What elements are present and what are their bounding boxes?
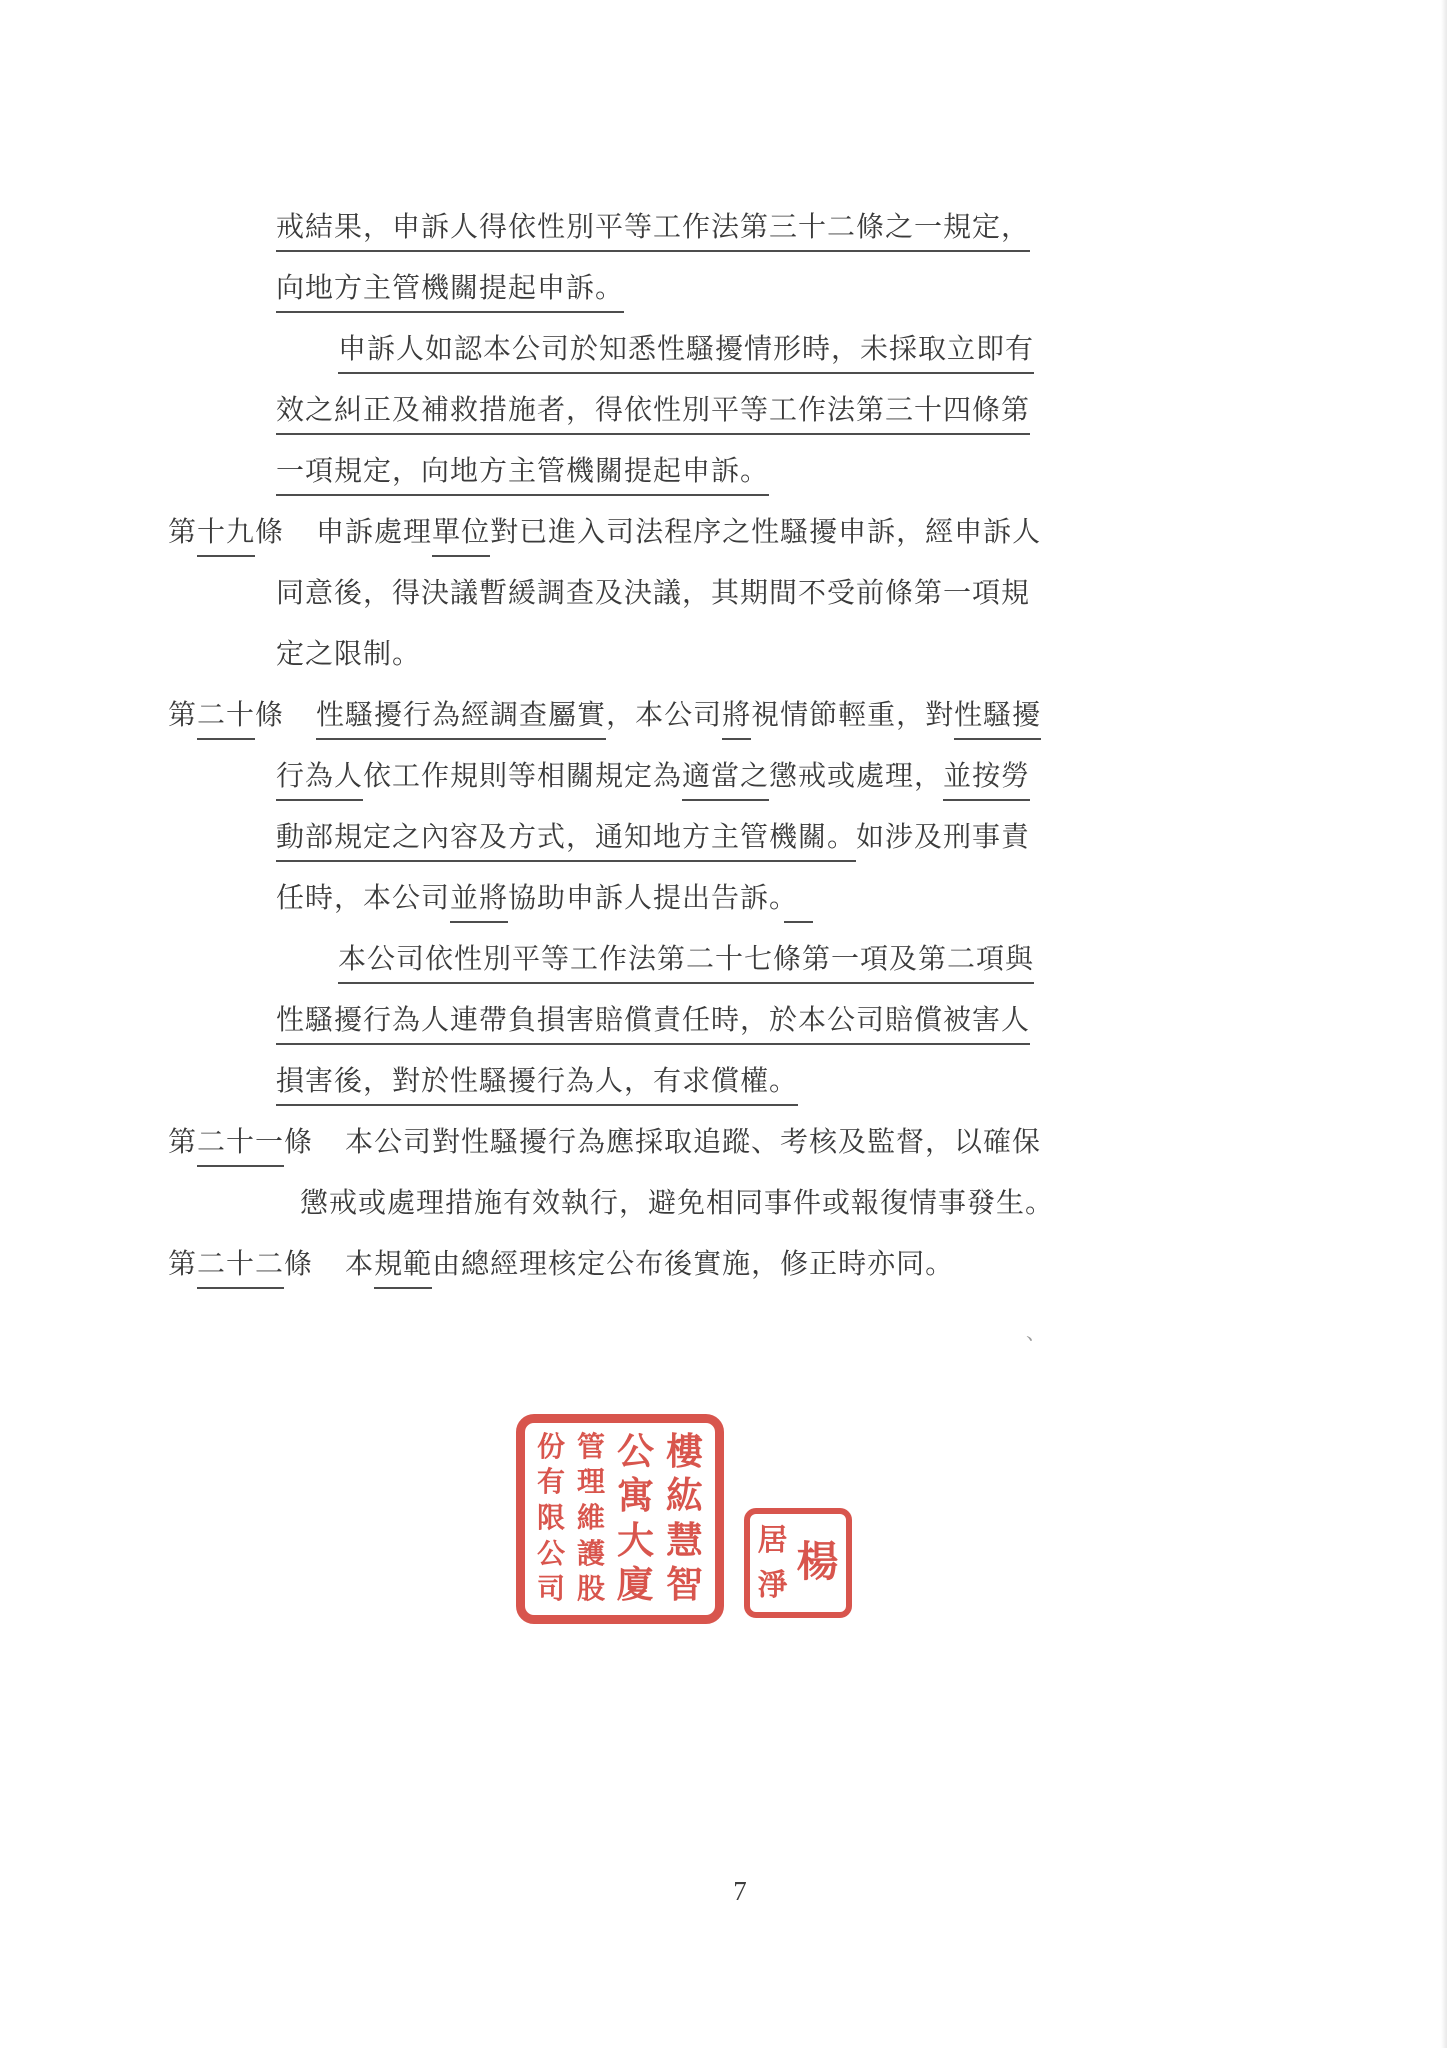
text-segment: 本公司依性別平等工作法第二十七條第一項及第二項與 [338, 944, 1034, 984]
seal-character: 公 [537, 1541, 565, 1569]
document-line: 定之限制。 [0, 624, 1447, 685]
seal-character: 有 [537, 1469, 565, 1497]
text-segment: 並按勞 [943, 761, 1030, 801]
article-number-label: 第二十條 [168, 700, 284, 731]
text-segment: 第 [168, 1249, 197, 1280]
text-segment: 申訴處理 [316, 517, 432, 548]
text-segment: 第 [168, 1127, 197, 1158]
article-number-label: 第十九條 [168, 517, 284, 548]
text-segment: 條 [255, 517, 284, 548]
scan-artifact-mark: 、 [1026, 1316, 1046, 1345]
text-segment: 性騷擾行為人連帶負損害賠償責任時，於本公司賠償被害人 [276, 1005, 1030, 1045]
document-line: 性騷擾行為人連帶負損害賠償責任時，於本公司賠償被害人 [0, 990, 1447, 1051]
seal-character: 司 [537, 1576, 565, 1604]
document-line: 行為人依工作規則等相關規定為適當之懲戒或處理，並按勞 [0, 746, 1447, 807]
text-segment: 條 [255, 700, 284, 731]
text-segment: 規範 [374, 1249, 432, 1289]
document-line: 申訴人如認本公司於知悉性騷擾情形時，未採取立即有 [0, 319, 1447, 380]
text-segment: 同意後，得決議暫緩調查及決議，其期間不受前條第一項規 [276, 578, 1030, 609]
text-segment: 性騷擾 [954, 700, 1041, 740]
document-line: 第二十條性騷擾行為經調查屬實，本公司將視情節輕重，對性騷擾 [0, 685, 1447, 746]
seal-character: 份 [537, 1434, 565, 1462]
document-line: 第十九條申訴處理單位對已進入司法程序之性騷擾申訴，經申訴人 [0, 502, 1447, 563]
seal-character: 維 [577, 1505, 605, 1533]
text-segment: 條 [284, 1249, 313, 1280]
text-segment: 適當之 [682, 761, 769, 801]
text-segment: 第 [168, 517, 197, 548]
text-segment: 本公司對性騷擾行為應採取追蹤、考核及監督，以確保 [345, 1127, 1041, 1158]
seal-character: 寓 [617, 1478, 654, 1515]
seal-character: 管 [577, 1434, 605, 1462]
personal-name-seal-stamp: 楊居淨 [744, 1508, 852, 1618]
article-number-label: 第二十二條 [168, 1249, 313, 1280]
text-segment: 單位 [432, 517, 490, 557]
seal-text-column: 管理維護股 [577, 1430, 605, 1608]
seal-character: 限 [537, 1505, 565, 1533]
text-segment: 視情節輕重，對 [751, 700, 954, 731]
document-line: 同意後，得決議暫緩調查及決議，其期間不受前條第一項規 [0, 563, 1447, 624]
seal-character: 淨 [757, 1571, 787, 1601]
seal-character: 紘 [666, 1478, 703, 1515]
text-segment: 依工作規則等相關規定為 [363, 761, 682, 792]
text-segment [784, 883, 813, 923]
text-segment: 二十一 [197, 1127, 284, 1167]
text-segment: 動部規定之內容及方式，通知地方主管機關。 [276, 822, 856, 862]
seal-character: 智 [666, 1567, 703, 1604]
text-segment: 條 [284, 1127, 313, 1158]
text-segment: 行為人 [276, 761, 363, 801]
seal-text-column: 公寓大廈 [617, 1430, 654, 1608]
text-segment: 懲戒或處理， [769, 761, 943, 792]
seal-text-column: 楊 [796, 1518, 838, 1608]
document-line: 第二十二條本規範由總經理核定公布後實施，修正時亦同。 [0, 1234, 1447, 1295]
document-line: 損害後，對於性騷擾行為人，有求償權。 [0, 1051, 1447, 1112]
seal-character: 股 [577, 1576, 605, 1604]
seal-character: 護 [577, 1541, 605, 1569]
seal-character: 樓 [666, 1434, 703, 1471]
text-segment: 申訴人如認本公司於知悉性騷擾情形時，未採取立即有 [338, 334, 1034, 374]
text-segment: ，本公司 [606, 700, 722, 731]
document-line: 戒結果，申訴人得依性別平等工作法第三十二條之一規定， [0, 197, 1447, 258]
text-segment: 損害後，對於性騷擾行為人，有求償權。 [276, 1066, 798, 1106]
document-line: 本公司依性別平等工作法第二十七條第一項及第二項與 [0, 929, 1447, 990]
text-segment: 懲戒或處理措施有效執行，避免相同事件或報復情事發生。 [300, 1188, 1054, 1219]
text-segment: 並將 [450, 883, 508, 923]
text-segment: 本 [345, 1249, 374, 1280]
document-line: 懲戒或處理措施有效執行，避免相同事件或報復情事發生。 [0, 1173, 1447, 1234]
seal-character: 公 [617, 1434, 654, 1471]
document-line: 任時，本公司並將協助申訴人提出告訴。 [0, 868, 1447, 929]
article-number-label: 第二十一條 [168, 1127, 313, 1158]
seal-character: 楊 [796, 1542, 838, 1584]
text-segment: 效之糾正及補救措施者，得依性別平等工作法第三十四條第 [276, 395, 1030, 435]
seal-character: 廈 [617, 1567, 654, 1604]
text-segment: 戒結果，申訴人得依性別平等工作法第三十二條之一規定， [276, 212, 1030, 252]
seal-character: 慧 [666, 1523, 703, 1560]
scan-edge-shadow [1441, 0, 1447, 2048]
text-segment: 十九 [197, 517, 255, 557]
text-segment: 協助申訴人提出告訴。 [508, 883, 784, 914]
text-segment: 一項規定，向地方主管機關提起申訴。 [276, 456, 769, 496]
text-segment: 性騷擾行為經調查屬實 [316, 700, 606, 740]
seal-character: 大 [617, 1523, 654, 1560]
seal-text-column: 樓紘慧智 [666, 1430, 703, 1608]
document-body: 戒結果，申訴人得依性別平等工作法第三十二條之一規定，向地方主管機關提起申訴。申訴… [0, 197, 1447, 1295]
document-line: 動部規定之內容及方式，通知地方主管機關。如涉及刑事責 [0, 807, 1447, 868]
seal-text-column: 居淨 [757, 1518, 787, 1608]
document-line: 向地方主管機關提起申訴。 [0, 258, 1447, 319]
text-segment: 任時，本公司 [276, 883, 450, 914]
scanned-document-page: 戒結果，申訴人得依性別平等工作法第三十二條之一規定，向地方主管機關提起申訴。申訴… [0, 0, 1447, 2048]
seal-character: 居 [757, 1526, 787, 1556]
seal-character: 理 [577, 1469, 605, 1497]
text-segment: 二十二 [197, 1249, 284, 1289]
text-segment: 如涉及刑事責 [856, 822, 1030, 853]
text-segment: 二十 [197, 700, 255, 740]
document-line: 第二十一條本公司對性騷擾行為應採取追蹤、考核及監督，以確保 [0, 1112, 1447, 1173]
text-segment: 對已進入司法程序之性騷擾申訴，經申訴人 [490, 517, 1041, 548]
document-line: 一項規定，向地方主管機關提起申訴。 [0, 441, 1447, 502]
page-number: 7 [710, 1876, 770, 1907]
seal-text-column: 份有限公司 [537, 1430, 565, 1608]
text-segment: 第 [168, 700, 197, 731]
text-segment: 將 [722, 700, 751, 740]
text-segment: 定之限制。 [276, 639, 421, 670]
company-seal-stamp: 樓紘慧智公寓大廈管理維護股份有限公司 [516, 1414, 724, 1624]
text-segment: 向地方主管機關提起申訴。 [276, 273, 624, 313]
document-line: 效之糾正及補救措施者，得依性別平等工作法第三十四條第 [0, 380, 1447, 441]
text-segment: 由總經理核定公布後實施，修正時亦同。 [432, 1249, 954, 1280]
